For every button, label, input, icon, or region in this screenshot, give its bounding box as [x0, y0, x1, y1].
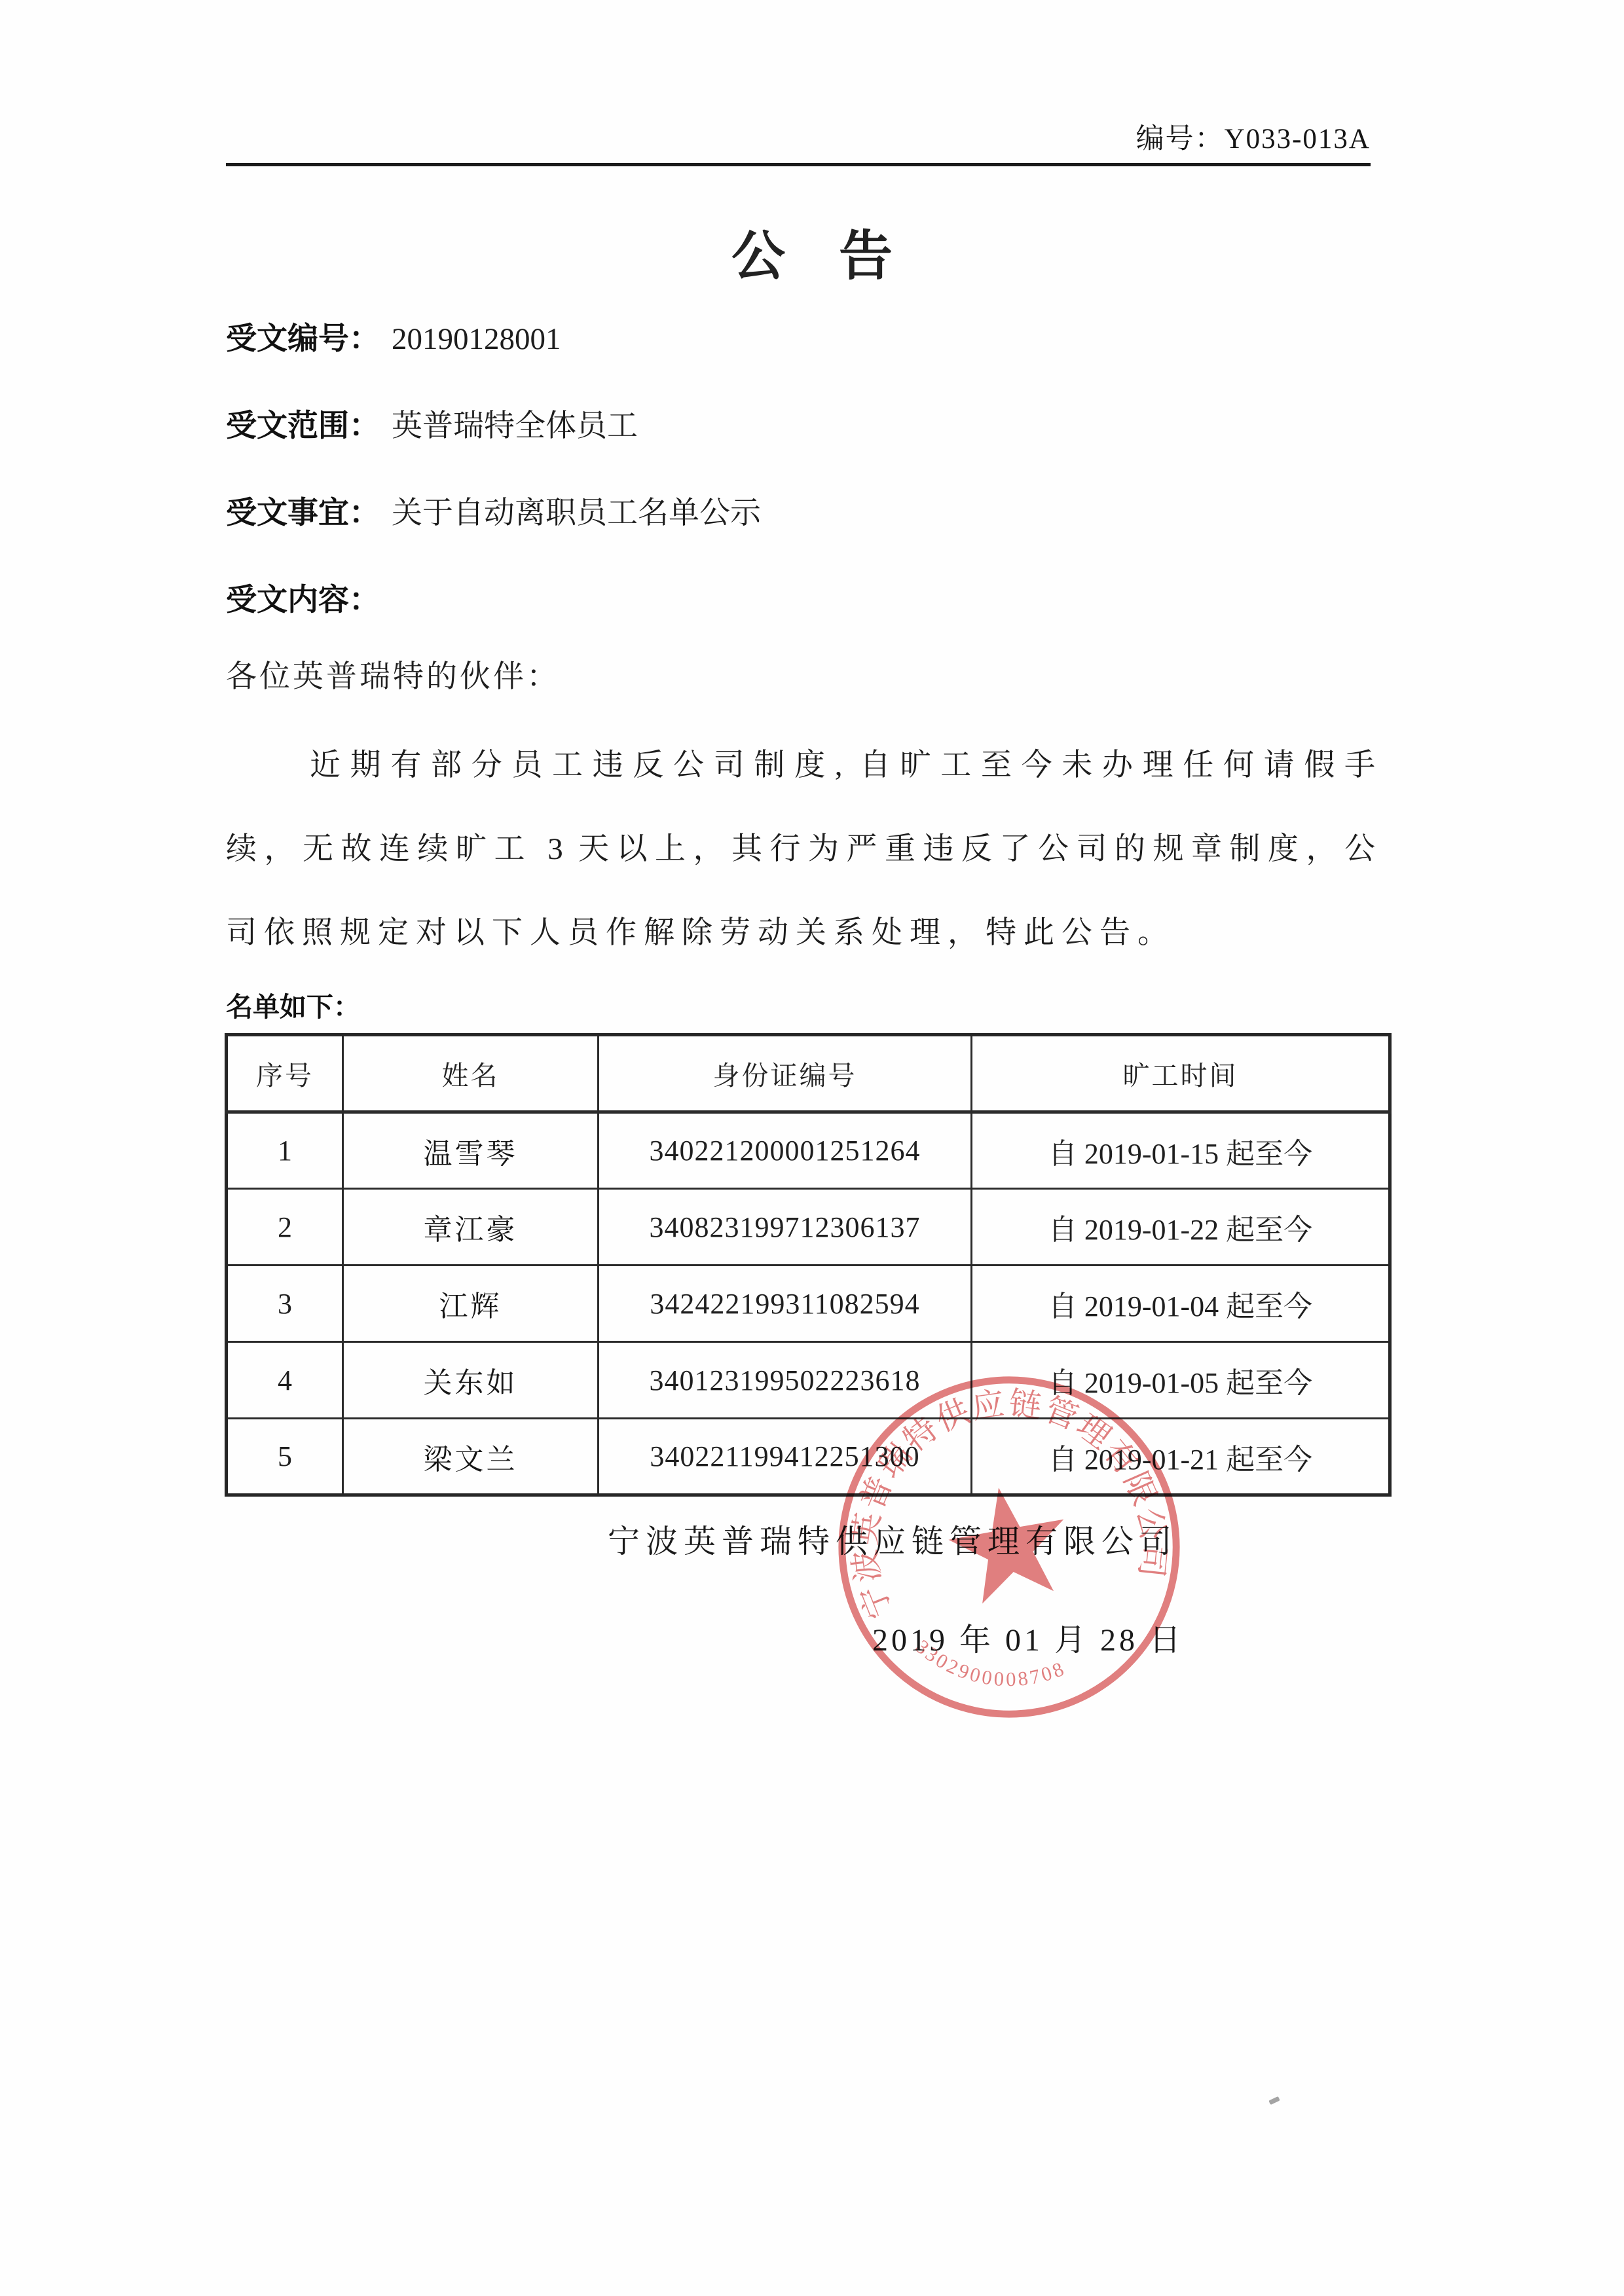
field-doc-scope-value: 英普瑞特全体员工 — [392, 409, 638, 443]
table-row: 4 关东如 340123199502223618 自 2019-01-05 起至… — [227, 1342, 1390, 1419]
field-doc-content: 受文内容： — [226, 575, 392, 619]
row-id: 340221200001251264 — [599, 1112, 972, 1189]
salutation: 各位英普瑞特的伙伴： — [226, 652, 560, 696]
row-index: 4 — [227, 1342, 343, 1419]
field-doc-number-label: 受文编号： — [226, 321, 380, 355]
col-header-index: 序号 — [227, 1035, 343, 1112]
field-doc-number-value: 20190128001 — [392, 322, 561, 356]
row-dates: 自 2019-01-04 起至今 — [972, 1266, 1390, 1342]
field-doc-subject-label: 受文事宜： — [226, 495, 380, 530]
row-index: 2 — [227, 1189, 343, 1266]
row-name: 关东如 — [343, 1342, 599, 1419]
field-doc-content-label: 受文内容： — [226, 582, 380, 617]
signature-date: 2019 年 01 月 28 日 — [872, 1614, 1184, 1660]
row-id: 342422199311082594 — [599, 1266, 972, 1342]
row-index: 5 — [227, 1419, 343, 1495]
body-line-3: 司依照规定对以下人员作解除劳动关系处理，特此公告。 — [226, 908, 1375, 952]
row-index: 1 — [227, 1112, 343, 1189]
doc-ref-number: 编号：Y033-013A — [226, 117, 1371, 156]
field-doc-number: 受文编号：20190128001 — [226, 314, 561, 358]
row-name: 江辉 — [343, 1266, 599, 1342]
table-row: 5 梁文兰 340221199412251300 自 2019-01-21 起至… — [227, 1419, 1390, 1495]
body-line-1: 近期有部分员工违反公司制度, 自旷工至今未办理任何请假手 — [226, 740, 1375, 784]
row-name: 章江豪 — [343, 1189, 599, 1266]
signature-company: 宁波英普瑞特供应链管理有限公司 — [608, 1516, 1177, 1562]
table-row: 2 章江豪 340823199712306137 自 2019-01-22 起至… — [227, 1189, 1390, 1266]
col-header-id: 身份证编号 — [599, 1035, 972, 1112]
list-intro: 名单如下： — [226, 985, 360, 1024]
header-divider — [226, 163, 1371, 166]
ref-value: Y033-013A — [1225, 124, 1371, 155]
field-doc-subject: 受文事宜：关于自动离职员工名单公示 — [226, 488, 761, 532]
row-name: 梁文兰 — [343, 1419, 599, 1495]
announcement-document: 编号：Y033-013A 公 告 受文编号：20190128001 受文范围：英… — [0, 0, 1624, 2296]
table-header-row: 序号 姓名 身份证编号 旷工时间 — [227, 1035, 1390, 1112]
row-id: 340221199412251300 — [599, 1419, 972, 1495]
row-id: 340123199502223618 — [599, 1342, 972, 1419]
field-doc-scope: 受文范围：英普瑞特全体员工 — [226, 401, 638, 445]
table-row: 3 江辉 342422199311082594 自 2019-01-04 起至今 — [227, 1266, 1390, 1342]
body-line-2: 续，无故连续旷工 3 天以上，其行为严重违反了公司的规章制度，公 — [226, 824, 1375, 868]
page-title: 公 告 — [0, 213, 1624, 290]
col-header-name: 姓名 — [343, 1035, 599, 1112]
row-index: 3 — [227, 1266, 343, 1342]
col-header-dates: 旷工时间 — [972, 1035, 1390, 1112]
row-name: 温雪琴 — [343, 1112, 599, 1189]
field-doc-subject-value: 关于自动离职员工名单公示 — [392, 496, 761, 530]
row-id: 340823199712306137 — [599, 1189, 972, 1266]
row-dates: 自 2019-01-21 起至今 — [972, 1419, 1390, 1495]
row-dates: 自 2019-01-15 起至今 — [972, 1112, 1390, 1189]
table-row: 1 温雪琴 340221200001251264 自 2019-01-15 起至… — [227, 1112, 1390, 1189]
scan-artifact-speck — [1268, 2096, 1280, 2105]
field-doc-scope-label: 受文范围： — [226, 408, 380, 443]
row-dates: 自 2019-01-05 起至今 — [972, 1342, 1390, 1419]
absentee-table: 序号 姓名 身份证编号 旷工时间 1 温雪琴 34022120000125126… — [225, 1033, 1392, 1497]
row-dates: 自 2019-01-22 起至今 — [972, 1189, 1390, 1266]
ref-label: 编号： — [1136, 124, 1225, 155]
